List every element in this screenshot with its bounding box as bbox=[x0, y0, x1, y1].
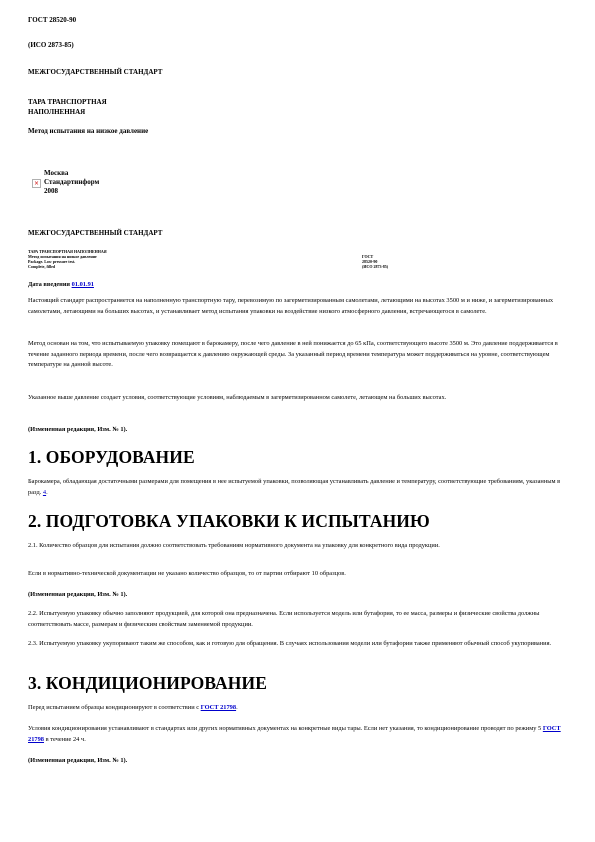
section-heading-preparation: 2. ПОДГОТОВКА УПАКОВКИ К ИСПЫТАНИЮ bbox=[28, 511, 430, 531]
paragraph-text: Барокамера, обладающая достаточными разм… bbox=[28, 478, 560, 496]
section-paragraph: Если в нормативно-технической документац… bbox=[28, 569, 568, 580]
title-block-left: ТАРА ТРАНСПОРТНАЯ НАПОЛНЕННАЯ Метод испы… bbox=[28, 249, 107, 269]
iso-number: (ИСО 2873-85) bbox=[28, 41, 74, 50]
publisher-name: Стандартинформ bbox=[44, 178, 99, 187]
paragraph-text: Перед испытанием образцы кондиционируют … bbox=[28, 704, 201, 711]
date-link[interactable]: 01.01.91 bbox=[72, 281, 94, 288]
title-block-right-line: (ИСО 2873-85) bbox=[362, 264, 388, 269]
paragraph-text: Условия кондиционирования устанавливают … bbox=[28, 725, 543, 732]
publisher-city: Москва bbox=[44, 169, 99, 178]
section-paragraph: Условия кондиционирования устанавливают … bbox=[28, 724, 568, 745]
intro-paragraph: Метод основан на том, что испытываемую у… bbox=[28, 339, 568, 371]
gost-number: ГОСТ 28520-90 bbox=[28, 16, 76, 25]
section-heading-equipment: 1. ОБОРУДОВАНИЕ bbox=[28, 447, 195, 467]
title-block-right: ГОСТ 28520-90 (ИСО 2873-85) bbox=[362, 254, 388, 269]
broken-image-icon: × bbox=[32, 179, 41, 188]
title-block-left-line: Complete, filled bbox=[28, 264, 107, 269]
amendment-note: (Измененная редакция, Изм. № 1). bbox=[28, 425, 127, 436]
section-heading-conditioning: 3. КОНДИЦИОНИРОВАНИЕ bbox=[28, 673, 267, 693]
section-paragraph: 2.3. Испытуемую упаковку укупоривают так… bbox=[28, 639, 568, 650]
section-paragraph: Перед испытанием образцы кондиционируют … bbox=[28, 703, 568, 714]
amendment-note: (Измененная редакция, Изм. № 1). bbox=[28, 590, 127, 601]
section-paragraph: Барокамера, обладающая достаточными разм… bbox=[28, 477, 568, 498]
publisher-year: 2008 bbox=[44, 187, 99, 196]
date-label: Дата введения bbox=[28, 281, 70, 288]
introduction-date: Дата введения 01.01.91 bbox=[28, 280, 94, 291]
section-paragraph: 2.1. Количество образцов для испытания д… bbox=[28, 541, 568, 552]
title-line-1: ТАРА ТРАНСПОРТНАЯ bbox=[28, 98, 107, 107]
standard-type: МЕЖГОСУДАРСТВЕННЫЙ СТАНДАРТ bbox=[28, 68, 162, 77]
subtitle: Метод испытания на низкое давление bbox=[28, 127, 148, 136]
title-line-2: НАПОЛНЕННАЯ bbox=[28, 108, 85, 117]
intro-paragraph: Указанное выше давление создает условия,… bbox=[28, 393, 568, 404]
paragraph-text: в течение 24 ч. bbox=[44, 736, 86, 743]
intro-paragraph: Настоящий стандарт распространяется на н… bbox=[28, 296, 568, 317]
title-block-standard-type: МЕЖГОСУДАРСТВЕННЫЙ СТАНДАРТ bbox=[28, 229, 162, 238]
paragraph-text: . bbox=[236, 704, 238, 711]
amendment-note: (Измененная редакция, Изм. № 1). bbox=[28, 756, 127, 767]
publisher-block: × Москва Стандартинформ 2008 bbox=[32, 169, 99, 196]
section-paragraph: 2.2. Испытуемую упаковку обычно заполняю… bbox=[28, 609, 568, 630]
paragraph-text: . bbox=[46, 489, 48, 496]
gost-21798-link[interactable]: ГОСТ 21798 bbox=[201, 704, 236, 711]
